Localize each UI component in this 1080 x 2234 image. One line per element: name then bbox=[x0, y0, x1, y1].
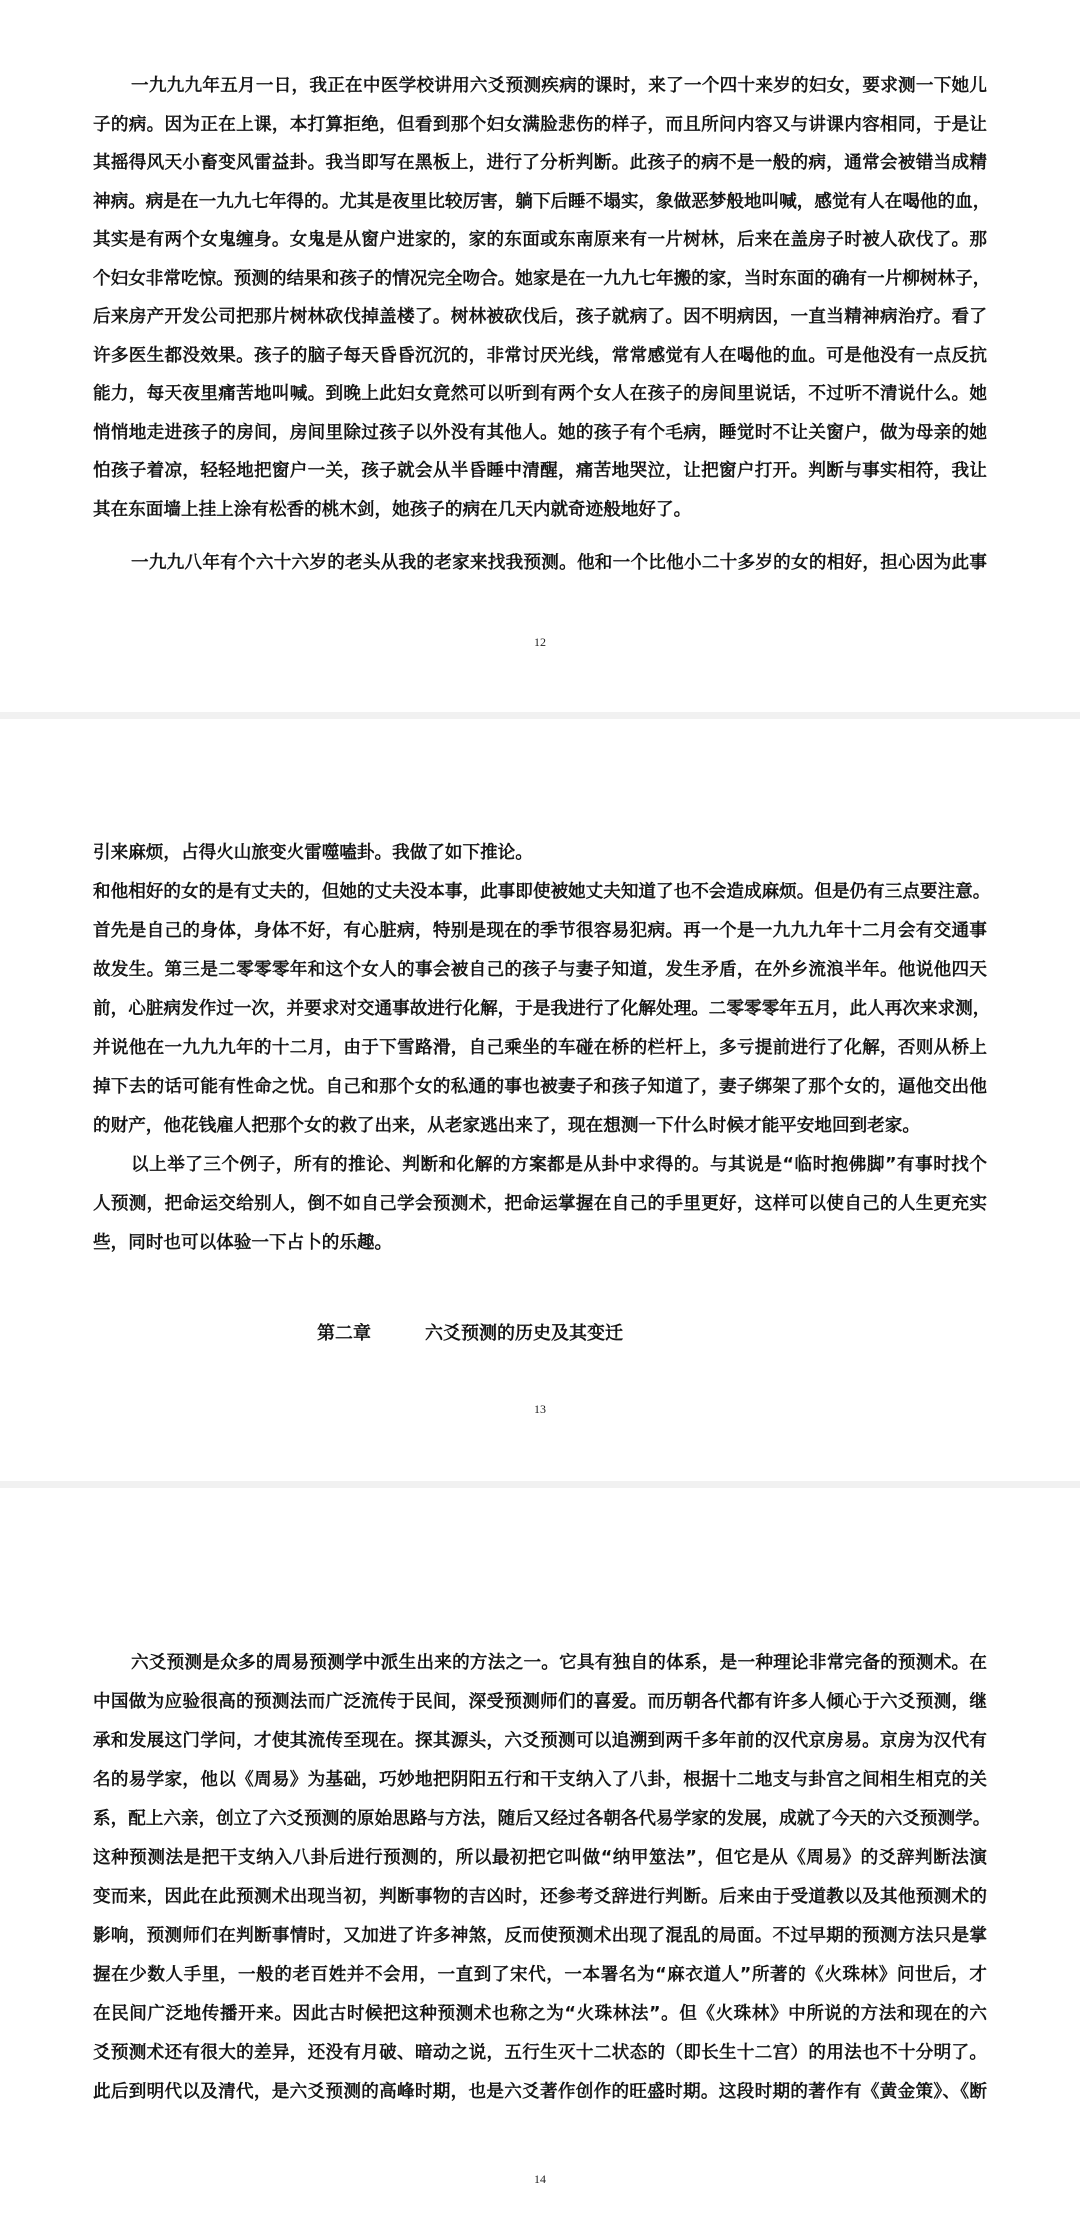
page-separator bbox=[0, 712, 1080, 719]
text-line: 故发生。第三是二零零零年和这个女人的事会被自己的孩子与妻子知道，发生矛盾，在外乡… bbox=[93, 958, 987, 982]
text-line: 影响，预测师们在判断事情时，又加进了许多神煞，反而使预测术出现了混乱的局面。不过… bbox=[93, 1924, 987, 1948]
text-line: 其摇得风天小畜变风雷益卦。我当即写在黑板上，进行了分析判断。此孩子的病不是一般的… bbox=[93, 151, 987, 175]
text-line: 一九九八年有个六十六岁的老头从我的老家来找我预测。他和一个比他小二十多岁的女的相… bbox=[131, 551, 987, 575]
text-line: 六爻预测是众多的周易预测学中派生出来的方法之一。它具有独自的体系，是一种理论非常… bbox=[131, 1651, 987, 1675]
text-line: 的财产，他花钱雇人把那个女的救了出来，从老家逃出来了，现在想测一下什么时候才能平… bbox=[93, 1114, 987, 1138]
page-number: 14 bbox=[0, 2172, 1080, 2187]
text-line: 握在少数人手里，一般的老百姓并不会用，一直到了宋代，一本署名为“麻衣道人”所著的… bbox=[93, 1963, 987, 1987]
chapter-number: 第二章 bbox=[317, 1323, 371, 1344]
text-line: 在民间广泛地传播开来。因此古时候把这种预测术也称之为“火珠林法”。但《火珠林》中… bbox=[93, 2002, 987, 2026]
text-line: 人预测，把命运交给别人，倒不如自己学会预测术，把命运掌握在自己的手里更好，这样可… bbox=[93, 1192, 987, 1216]
text-line: 怕孩子着凉，轻轻地把窗户一关，孩子就会从半昏睡中清醒，痛苦地哭泣，让把窗户打开。… bbox=[93, 459, 987, 483]
text-line: 这种预测法是把干支纳入八卦后进行预测的，所以最初把它叫做“纳甲筮法”，但它是从《… bbox=[93, 1846, 987, 1870]
text-line: 前，心脏病发作过一次，并要求对交通事故进行化解，于是我进行了化解处理。二零零零年… bbox=[93, 997, 987, 1021]
text-line: 其实是有两个女鬼缠身。女鬼是从窗户进家的，家的东面或东南原来有一片树林，后来在盖… bbox=[93, 228, 987, 252]
text-line: 中国做为应验很高的预测法而广泛流传于民间，深受预测师们的喜爱。而历朝各代都有许多… bbox=[93, 1690, 987, 1714]
text-line: 掉下去的话可能有性命之忧。自己和那个女的私通的事也被妻子和孩子知道了，妻子绑架了… bbox=[93, 1075, 987, 1099]
text-line: 并说他在一九九九年的十二月，由于下雪路滑，自己乘坐的车碰在桥的栏杆上，多亏提前进… bbox=[93, 1036, 987, 1060]
text-line: 以上举了三个例子，所有的推论、判断和化解的方案都是从卦中求得的。与其说是“临时抱… bbox=[131, 1153, 987, 1177]
chapter-heading: 第二章六爻预测的历史及其变迁 bbox=[317, 1319, 623, 1345]
text-line: 系，配上六亲，创立了六爻预测的原始思路与方法，随后又经过各朝各代易学家的发展，成… bbox=[93, 1807, 987, 1831]
text-line: 变而来，因此在此预测术出现当初，判断事物的吉凶时，还参考爻辞进行判断。后来由于受… bbox=[93, 1885, 987, 1909]
text-line: 此后到明代以及清代，是六爻预测的高峰时期，也是六爻著作创作的旺盛时期。这段时期的… bbox=[93, 2080, 987, 2104]
page-13: 引来麻烦，占得火山旅变火雷噬嗑卦。我做了如下推论。 和他相好的女的是有丈夫的，但… bbox=[0, 719, 1080, 1481]
text-line: 一九九九年五月一日，我正在中医学校讲用六爻预测疾病的课时，来了一个四十来岁的妇女… bbox=[131, 74, 987, 98]
text-line: 许多医生都没效果。孩子的脑子每天昏昏沉沉的，非常讨厌光线，常常感觉有人在喝他的血… bbox=[93, 344, 987, 368]
text-line: 能力，每天夜里痛苦地叫喊。到晚上此妇女竟然可以听到有两个女人在孩子的房间里说话，… bbox=[93, 382, 987, 406]
page-14: 六爻预测是众多的周易预测学中派生出来的方法之一。它具有独自的体系，是一种理论非常… bbox=[0, 1488, 1080, 2234]
text-line: 神病。病是在一九九七年得的。尤其是夜里比较厉害，躺下后睡不塌实，象做恶梦般地叫喊… bbox=[93, 190, 987, 214]
text-line: 爻预测术还有很大的差异，还没有月破、暗动之说，五行生灭十二状态的（即长生十二宫）… bbox=[93, 2041, 987, 2065]
text-line: 个妇女非常吃惊。预测的结果和孩子的情况完全吻合。她家是在一九九七年搬的家，当时东… bbox=[93, 267, 987, 291]
page-12: 一九九九年五月一日，我正在中医学校讲用六爻预测疾病的课时，来了一个四十来岁的妇女… bbox=[0, 0, 1080, 712]
text-line: 后来房产开发公司把那片树林砍伐掉盖楼了。树林被砍伐后，孩子就病了。因不明病因，一… bbox=[93, 305, 987, 329]
text-line: 首先是自己的身体，身体不好，有心脏病，特别是现在的季节很容易犯病。再一个是一九九… bbox=[93, 919, 987, 943]
page-number: 13 bbox=[0, 1402, 1080, 1417]
page-separator bbox=[0, 1481, 1080, 1488]
text-line: 悄悄地走进孩子的房间，房间里除过孩子以外没有其他人。她的孩子有个毛病，睡觉时不让… bbox=[93, 421, 987, 445]
text-line: 其在东面墙上挂上涂有松香的桃木剑，她孩子的病在几天内就奇迹般地好了。 bbox=[93, 498, 987, 522]
text-line: 引来麻烦，占得火山旅变火雷噬嗑卦。我做了如下推论。 bbox=[93, 841, 987, 865]
text-line: 承和发展这门学问，才使其流传至现在。探其源头，六爻预测可以追溯到两千多年前的汉代… bbox=[93, 1729, 987, 1753]
text-line: 些，同时也可以体验一下占卜的乐趣。 bbox=[93, 1231, 987, 1255]
text-line: 子的病。因为正在上课，本打算拒绝，但看到那个妇女满脸悲伤的样子，而且所问内容又与… bbox=[93, 113, 987, 137]
page-number: 12 bbox=[0, 635, 1080, 650]
chapter-title: 六爻预测的历史及其变迁 bbox=[425, 1323, 623, 1344]
text-line: 名的易学家，他以《周易》为基础，巧妙地把阴阳五行和干支纳入了八卦，根据十二地支与… bbox=[93, 1768, 987, 1792]
text-line: 和他相好的女的是有丈夫的，但她的丈夫没本事，此事即使被她丈夫知道了也不会造成麻烦… bbox=[93, 880, 987, 904]
